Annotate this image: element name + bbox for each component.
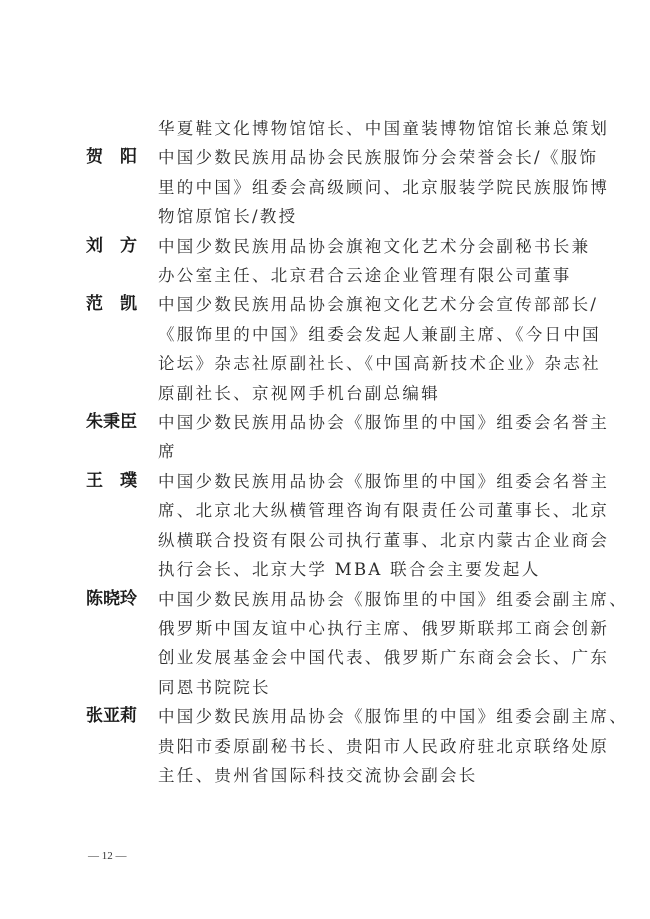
entry-description: 中国少数民族用品协会旗袍文化艺术分会宣传部部长/ 《服饰里的中国》组委会发起人兼… (158, 290, 601, 408)
entry-fan-kai: 范凯 中国少数民族用品协会旗袍文化艺术分会宣传部部长/ 《服饰里的中国》组委会发… (86, 290, 576, 408)
entry-description: 中国少数民族用品协会旗袍文化艺术分会副秘书长兼 办公室主任、北京君合云途企业管理… (158, 232, 590, 291)
member-list: 华夏鞋文化博物馆馆长、中国童装博物馆馆长兼总策划 贺阳 中国少数民族用品协会民族… (86, 114, 576, 790)
entry-chen-xiaoling: 陈晓玲 中国少数民族用品协会《服饰里的中国》组委会副主席、 俄罗斯中国友谊中心执… (86, 585, 576, 703)
entry-wang-pu: 王璞 中国少数民族用品协会《服饰里的中国》组委会名誉主 席、北京北大纵横管理咨询… (86, 467, 576, 585)
description-line: 物馆原馆长/教授 (158, 202, 609, 231)
description-line: 中国少数民族用品协会《服饰里的中国》组委会副主席、 (158, 585, 628, 614)
description-line: 里的中国》组委会高级顾问、北京服装学院民族服饰博 (158, 173, 609, 202)
page-number: — 12 — (88, 850, 127, 862)
entry-liu-fang: 刘方 中国少数民族用品协会旗袍文化艺术分会副秘书长兼 办公室主任、北京君合云途企… (86, 232, 576, 291)
entry-zhu-bingchen: 朱秉臣 中国少数民族用品协会《服饰里的中国》组委会名誉主 席 (86, 408, 576, 467)
description-line: 中国少数民族用品协会《服饰里的中国》组委会名誉主 (158, 408, 609, 437)
description-line: 执行会长、北京大学 MBA 联合会主要发起人 (158, 555, 609, 584)
entry-zhang-yali: 张亚莉 中国少数民族用品协会《服饰里的中国》组委会副主席、 贵阳市委原副秘书长、… (86, 702, 576, 790)
entry-name: 张亚莉 (86, 702, 158, 731)
entry-name: 朱秉臣 (86, 408, 158, 437)
description-line: 贵阳市委原副秘书长、贵阳市人民政府驻北京联络处原 (158, 732, 628, 761)
entry-description: 华夏鞋文化博物馆馆长、中国童装博物馆馆长兼总策划 (158, 114, 609, 143)
description-line: 创业发展基金会中国代表、俄罗斯广东商会会长、广东 (158, 643, 628, 672)
entry-description: 中国少数民族用品协会《服饰里的中国》组委会副主席、 贵阳市委原副秘书长、贵阳市人… (158, 702, 628, 790)
entry-name: 刘方 (86, 232, 158, 261)
description-line: 办公室主任、北京君合云途企业管理有限公司董事 (158, 261, 590, 290)
description-line: 中国少数民族用品协会旗袍文化艺术分会副秘书长兼 (158, 232, 590, 261)
entry-name: 贺阳 (86, 143, 158, 172)
entry-description: 中国少数民族用品协会民族服饰分会荣誉会长/《服饰 里的中国》组委会高级顾问、北京… (158, 143, 609, 231)
document-page: 华夏鞋文化博物馆馆长、中国童装博物馆馆长兼总策划 贺阳 中国少数民族用品协会民族… (0, 0, 650, 919)
description-line: 中国少数民族用品协会《服饰里的中国》组委会名誉主 (158, 467, 609, 496)
description-line: 中国少数民族用品协会《服饰里的中国》组委会副主席、 (158, 702, 628, 731)
entry-name: 王璞 (86, 467, 158, 496)
entry-description: 中国少数民族用品协会《服饰里的中国》组委会副主席、 俄罗斯中国友谊中心执行主席、… (158, 585, 628, 703)
description-line: 原副社长、京视网手机台副总编辑 (158, 379, 601, 408)
description-line: 席、北京北大纵横管理咨询有限责任公司董事长、北京 (158, 496, 609, 525)
description-line: 华夏鞋文化博物馆馆长、中国童装博物馆馆长兼总策划 (158, 114, 609, 143)
description-line: 《服饰里的中国》组委会发起人兼副主席、《今日中国 (158, 320, 601, 349)
description-line: 同恩书院院长 (158, 673, 628, 702)
description-line: 席 (158, 437, 609, 466)
continued-entry: 华夏鞋文化博物馆馆长、中国童装博物馆馆长兼总策划 (86, 114, 576, 143)
description-line: 主任、贵州省国际科技交流协会副会长 (158, 761, 628, 790)
description-line: 纵横联合投资有限公司执行董事、北京内蒙古企业商会 (158, 526, 609, 555)
entry-description: 中国少数民族用品协会《服饰里的中国》组委会名誉主 席、北京北大纵横管理咨询有限责… (158, 467, 609, 585)
entry-description: 中国少数民族用品协会《服饰里的中国》组委会名誉主 席 (158, 408, 609, 467)
entry-he-yang: 贺阳 中国少数民族用品协会民族服饰分会荣誉会长/《服饰 里的中国》组委会高级顾问… (86, 143, 576, 231)
entry-name: 范凯 (86, 290, 158, 319)
description-line: 中国少数民族用品协会民族服饰分会荣誉会长/《服饰 (158, 143, 609, 172)
description-line: 论坛》杂志社原副社长、《中国高新技术企业》杂志社 (158, 349, 601, 378)
description-line: 俄罗斯中国友谊中心执行主席、俄罗斯联邦工商会创新 (158, 614, 628, 643)
entry-name: 陈晓玲 (86, 585, 158, 614)
description-line: 中国少数民族用品协会旗袍文化艺术分会宣传部部长/ (158, 290, 601, 319)
